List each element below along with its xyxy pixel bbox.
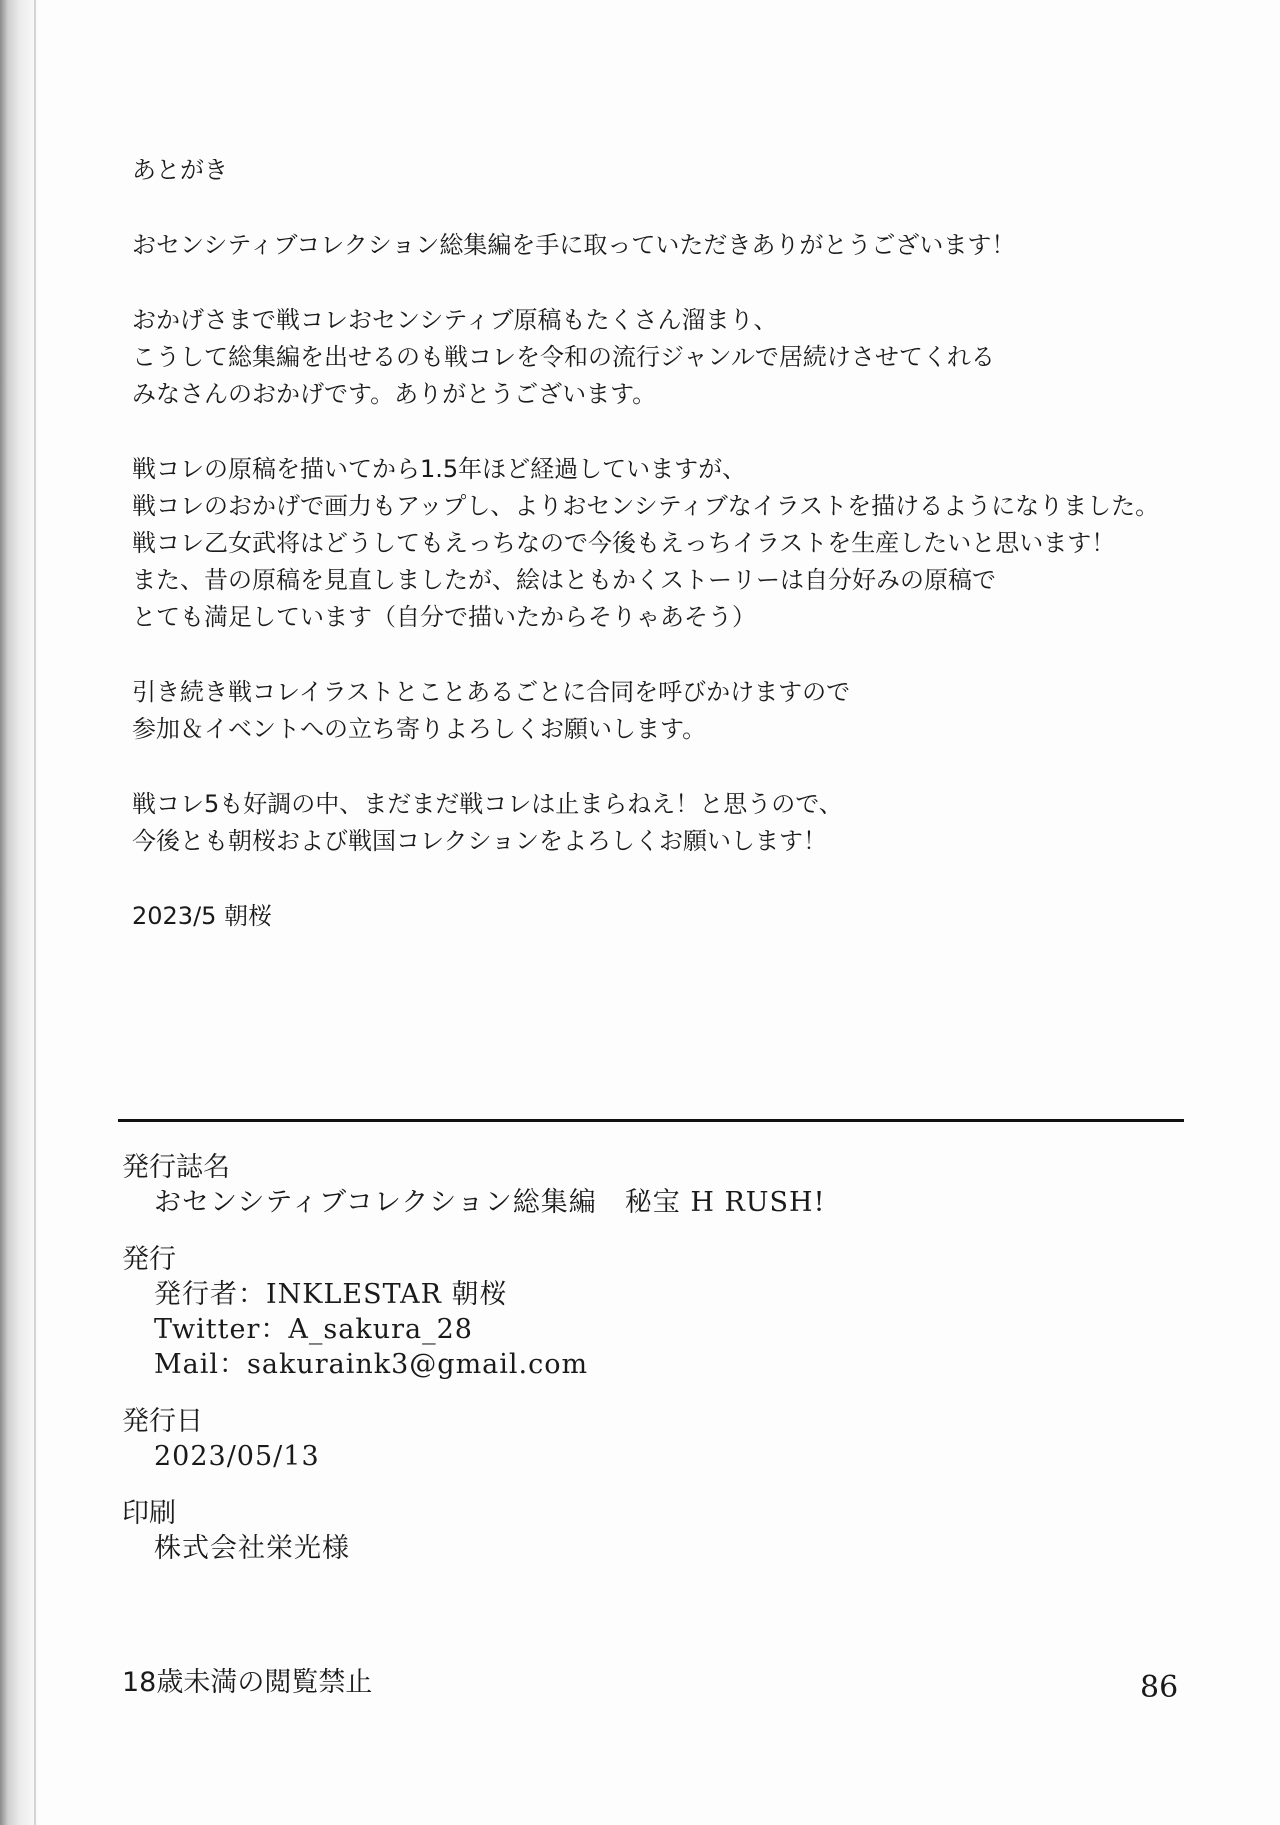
date-label: 発行日: [122, 1404, 825, 1439]
line: 戦コレのおかげで画力もアップし、よりおセンシティブなイラストを描けるようになりま…: [132, 488, 1192, 525]
colophon-printer-section: 印刷 株式会社栄光様: [122, 1496, 825, 1566]
date-value: 2023/05/13: [122, 1439, 825, 1474]
line: みなさんのおかげです。ありがとうございます。: [132, 376, 1192, 413]
paragraph-4: 引き続き戦コレイラストとことあるごとに合同を呼びかけますので 参加＆イベントへの…: [132, 674, 1192, 748]
title-label: 発行誌名: [122, 1150, 825, 1185]
title-value: おセンシティブコレクション総集編 秘宝 H RUSH!: [122, 1185, 825, 1220]
line: 今後とも朝桜および戦国コレクションをよろしくお願いします！: [132, 823, 1192, 860]
line: 引き続き戦コレイラストとことあるごとに合同を呼びかけますので: [132, 674, 1192, 711]
line: 戦コレ乙女武将はどうしてもえっちなので今後もえっちイラストを生産したいと思います…: [132, 525, 1192, 562]
paragraph-5: 戦コレ5も好調の中、まだまだ戦コレは止まらねえ！と思うので、 今後とも朝桜および…: [132, 786, 1192, 860]
divider-rule: [118, 1119, 1184, 1122]
printer-value: 株式会社栄光様: [122, 1531, 825, 1566]
line: おセンシティブコレクション総集編を手に取っていただきありがとうございます！: [132, 227, 1192, 264]
line: 戦コレ5も好調の中、まだまだ戦コレは止まらねえ！と思うので、: [132, 786, 1192, 823]
line: こうして総集編を出せるのも戦コレを令和の流行ジャンルで居続けさせてくれる: [132, 339, 1192, 376]
afterword: あとがき おセンシティブコレクション総集編を手に取っていただきありがとうございま…: [132, 152, 1192, 973]
paragraph-3: 戦コレの原稿を描いてから1.5年ほど経過していますが、 戦コレのおかげで画力もア…: [132, 451, 1192, 636]
page-edge-line: [34, 0, 36, 1825]
page-number: 86: [1140, 1670, 1178, 1705]
publisher-twitter: Twitter：A_sakura_28: [122, 1312, 825, 1347]
afterword-heading: あとがき: [132, 152, 1192, 189]
publisher-name: 発行者：INKLESTAR 朝桜: [122, 1277, 825, 1312]
paragraph-1: おセンシティブコレクション総集編を手に取っていただきありがとうございます！: [132, 227, 1192, 264]
printer-label: 印刷: [122, 1496, 825, 1531]
line: おかげさまで戦コレおセンシティブ原稿もたくさん溜まり、: [132, 302, 1192, 339]
line: 参加＆イベントへの立ち寄りよろしくお願いします。: [132, 711, 1192, 748]
line: 戦コレの原稿を描いてから1.5年ほど経過していますが、: [132, 451, 1192, 488]
paragraph-2: おかげさまで戦コレおセンシティブ原稿もたくさん溜まり、 こうして総集編を出せるの…: [132, 302, 1192, 413]
line: とても満足しています（自分で描いたからそりゃあそう）: [132, 599, 1192, 636]
colophon: 発行誌名 おセンシティブコレクション総集編 秘宝 H RUSH! 発行 発行者：…: [122, 1150, 825, 1588]
colophon-publisher-section: 発行 発行者：INKLESTAR 朝桜 Twitter：A_sakura_28 …: [122, 1242, 825, 1382]
colophon-title-section: 発行誌名 おセンシティブコレクション総集編 秘宝 H RUSH!: [122, 1150, 825, 1220]
signature: 2023/5 朝桜: [132, 898, 1192, 935]
line: また、昔の原稿を見直しましたが、絵はともかくストーリーは自分好みの原稿で: [132, 562, 1192, 599]
colophon-date-section: 発行日 2023/05/13: [122, 1404, 825, 1474]
age-warning: 18歳未満の閲覧禁止: [122, 1660, 372, 1699]
publisher-label: 発行: [122, 1242, 825, 1277]
publisher-mail: Mail：sakuraink3@gmail.com: [122, 1347, 825, 1382]
